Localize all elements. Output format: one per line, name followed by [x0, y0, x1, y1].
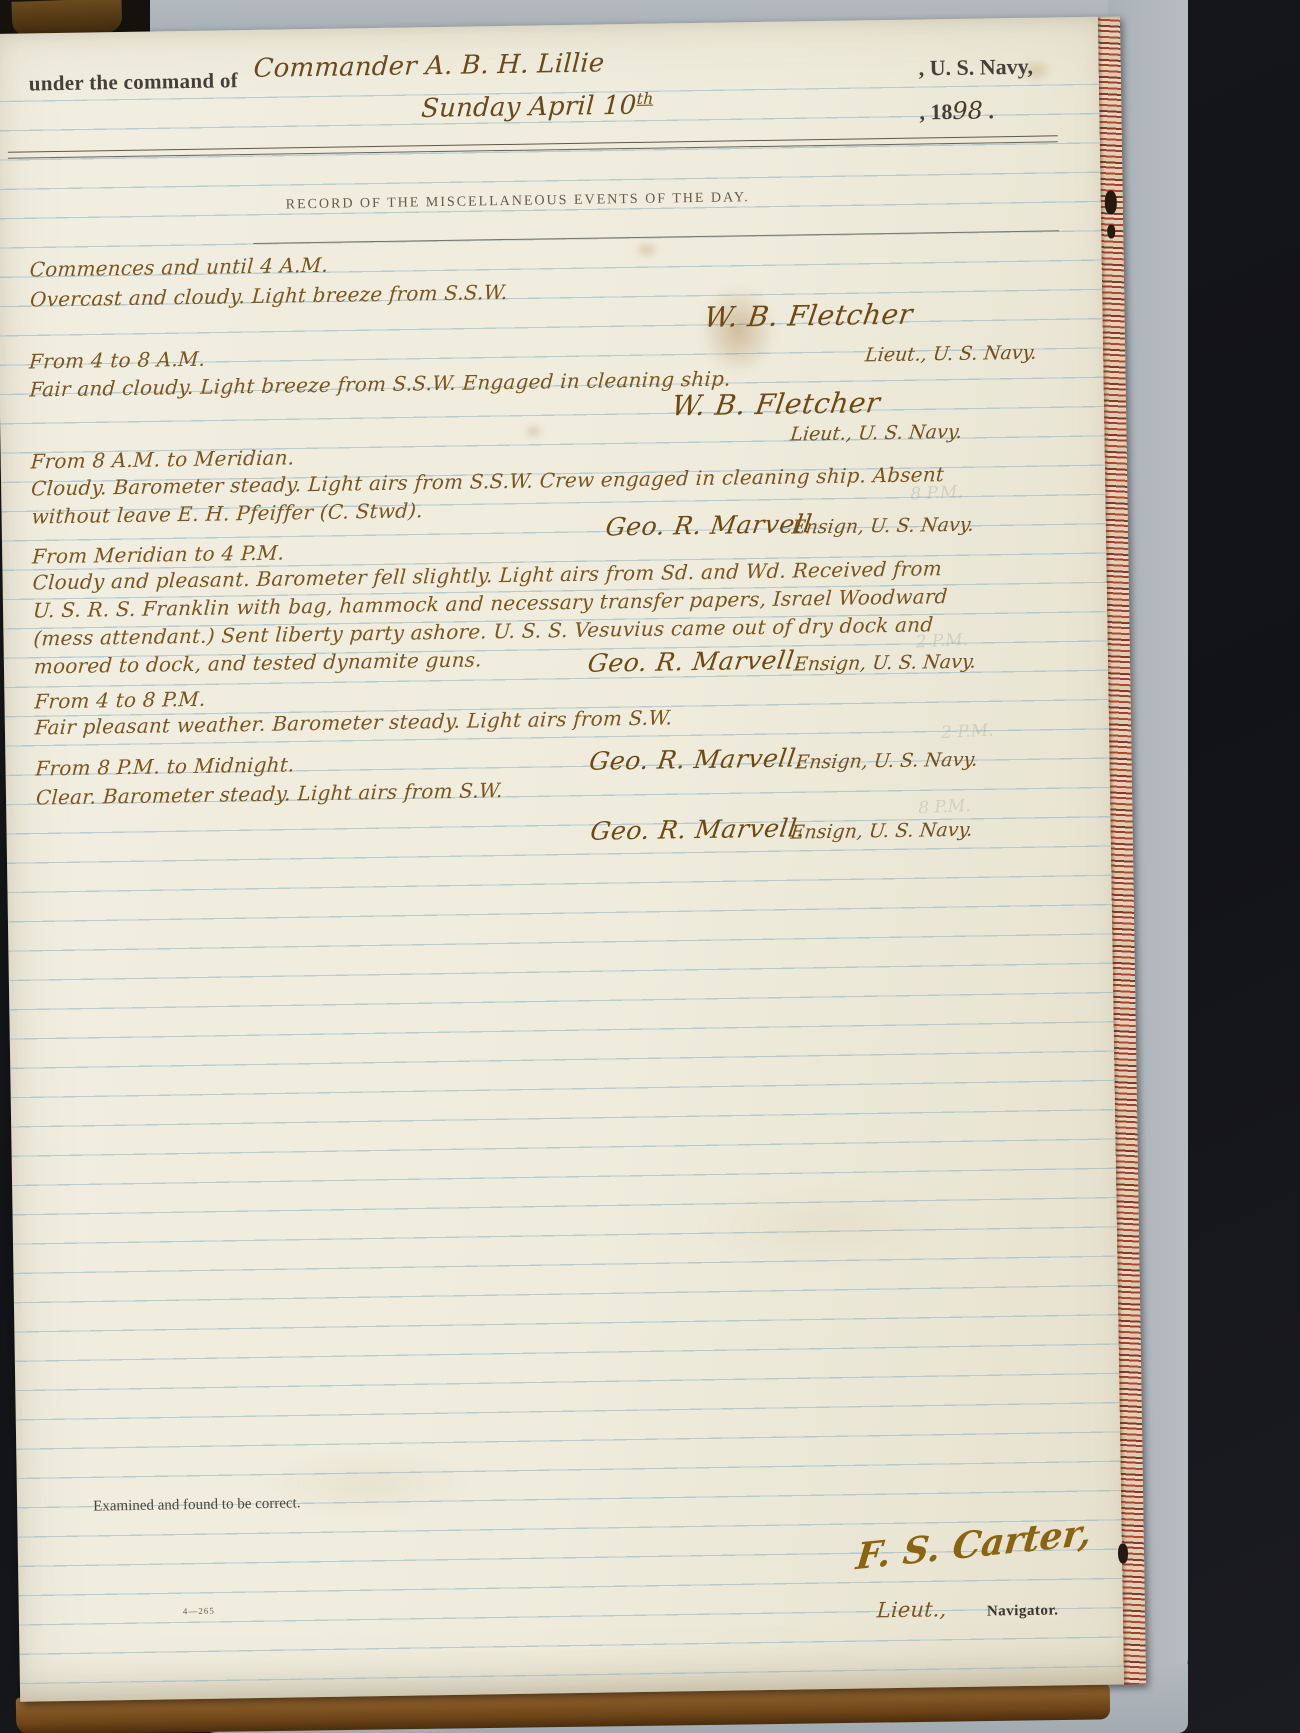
date-main: Sunday April 10: [420, 91, 637, 124]
printed-year: , 1898 .: [919, 96, 994, 125]
entry-3-heading: From 8 A.M. to Meridian.: [30, 445, 295, 473]
date-handwritten: Sunday April 10th: [420, 90, 654, 124]
printed-us-navy: , U. S. Navy,: [918, 54, 1033, 82]
fore-edge-nick: [1107, 224, 1115, 238]
ruled-lines: [0, 84, 1124, 1693]
rank-marvell-3: Ensign, U. S. Navy.: [794, 749, 978, 774]
rank-marvell-1: Ensign, U. S. Navy.: [791, 514, 975, 539]
year-handwritten-part: 98: [952, 96, 983, 124]
printed-navigator: Navigator.: [987, 1602, 1059, 1620]
date-ordinal-suffix: th: [636, 90, 654, 108]
logbook-photo: under the command of Commander A. B. H. …: [0, 0, 1300, 1733]
ghost-mark-2: 2 P.M.: [915, 630, 968, 653]
rank-marvell-4: Ensign, U. S. Navy.: [789, 819, 973, 844]
year-printed-part: , 18: [919, 99, 952, 125]
entry-4-heading: From Meridian to 4 P.M.: [32, 540, 285, 568]
printed-command-prefix: under the command of: [29, 68, 239, 96]
form-number: 4—265: [183, 1606, 215, 1617]
fore-edge-nick: [1105, 190, 1117, 214]
signature-marvell-4: Geo. R. Marvell.: [589, 813, 808, 845]
signature-marvell-1: Geo. R. Marvell: [604, 509, 814, 541]
signature-marvell-3: Geo. R. Marvell.: [587, 743, 806, 775]
entry-5-heading: From 4 to 8 P.M.: [34, 687, 206, 714]
rank-fletcher-1: Lieut., U. S. Navy.: [864, 342, 1038, 367]
entry-6-heading: From 8 P.M. to Midnight.: [35, 752, 295, 780]
commander-name-handwritten: Commander A. B. H. Lillie: [253, 48, 605, 84]
entry-1-heading: Commences and until 4 A.M.: [29, 253, 329, 282]
signature-fletcher-2: W. B. Fletcher: [670, 386, 883, 422]
book-cover-corner: [11, 0, 122, 36]
year-period: .: [983, 98, 994, 123]
ghost-mark-1: 8 P.M.: [910, 482, 963, 505]
fore-edge-nick: [1118, 1543, 1128, 1563]
examined-statement: Examined and found to be correct.: [93, 1495, 301, 1515]
entry-2-heading: From 4 to 8 A.M.: [28, 347, 206, 374]
ghost-mark-3: 2 P.M.: [941, 720, 994, 743]
logbook-page: under the command of Commander A. B. H. …: [0, 16, 1146, 1701]
signature-marvell-2: Geo. R. Marvell.: [586, 645, 805, 677]
rank-marvell-2: Ensign, U. S. Navy.: [793, 651, 977, 676]
rank-fletcher-2: Lieut., U. S. Navy.: [789, 421, 963, 446]
signature-fletcher-1: W. B. Fletcher: [702, 298, 915, 334]
signature-carter-rank: Lieut.,: [876, 1597, 947, 1622]
ghost-mark-4: 8 P.M.: [918, 796, 971, 819]
